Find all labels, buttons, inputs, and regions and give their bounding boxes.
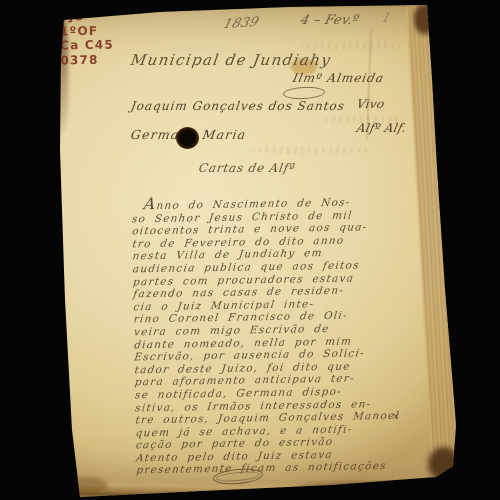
day-month-notation: 4 – Fev.º <box>299 13 361 28</box>
court-header-line: Municipal de Jundiahy <box>129 51 332 69</box>
party-margin-note-1: Vivo <box>356 97 386 111</box>
signature-flourish <box>283 86 326 100</box>
body-line: presentemente ficam as notificações <box>136 460 410 477</box>
scanned-document-photo: TJS 1ºOF Ca C45 0378 1839 4 – Fev.º 1 Mu… <box>0 0 500 500</box>
case-title: Cartas de Alfª <box>198 161 297 175</box>
margin-check-mark: × <box>392 412 400 422</box>
verso-show-through <box>252 146 370 154</box>
burn-mark-top-right <box>414 2 436 36</box>
page-number: 1 <box>380 11 393 26</box>
archive-mark-line: TJS <box>59 9 113 24</box>
archive-mark-line: 1ºOF <box>60 23 114 38</box>
archive-mark-line: Ca C45 <box>60 38 114 53</box>
page-bottom-edge <box>70 477 462 500</box>
archive-reference-marks: TJS 1ºOF Ca C45 0378 <box>59 9 114 68</box>
burn-mark-bottom-right <box>428 446 460 482</box>
burn-smudge-bottom-left <box>66 477 108 495</box>
party-margin-note-2: Alfº Alf. <box>356 121 408 135</box>
page-stack-fore-edge <box>406 0 461 485</box>
burn-smudge-bottom <box>298 482 422 494</box>
judge-header-line: Ilmº Almeida <box>292 71 386 85</box>
manuscript-body: Anno do Nascimento de Nos- so Senhor Jes… <box>132 194 409 478</box>
archive-mark-line: 0378 <box>60 52 114 67</box>
verso-show-through <box>300 42 400 50</box>
paper-hole <box>176 127 199 149</box>
year-notation: 1839 <box>221 15 260 32</box>
manuscript-page: TJS 1ºOF Ca C45 0378 1839 4 – Fev.º 1 Mu… <box>0 0 500 500</box>
party-name-1: Joaquim Gonçalves dos Santos <box>130 99 346 113</box>
